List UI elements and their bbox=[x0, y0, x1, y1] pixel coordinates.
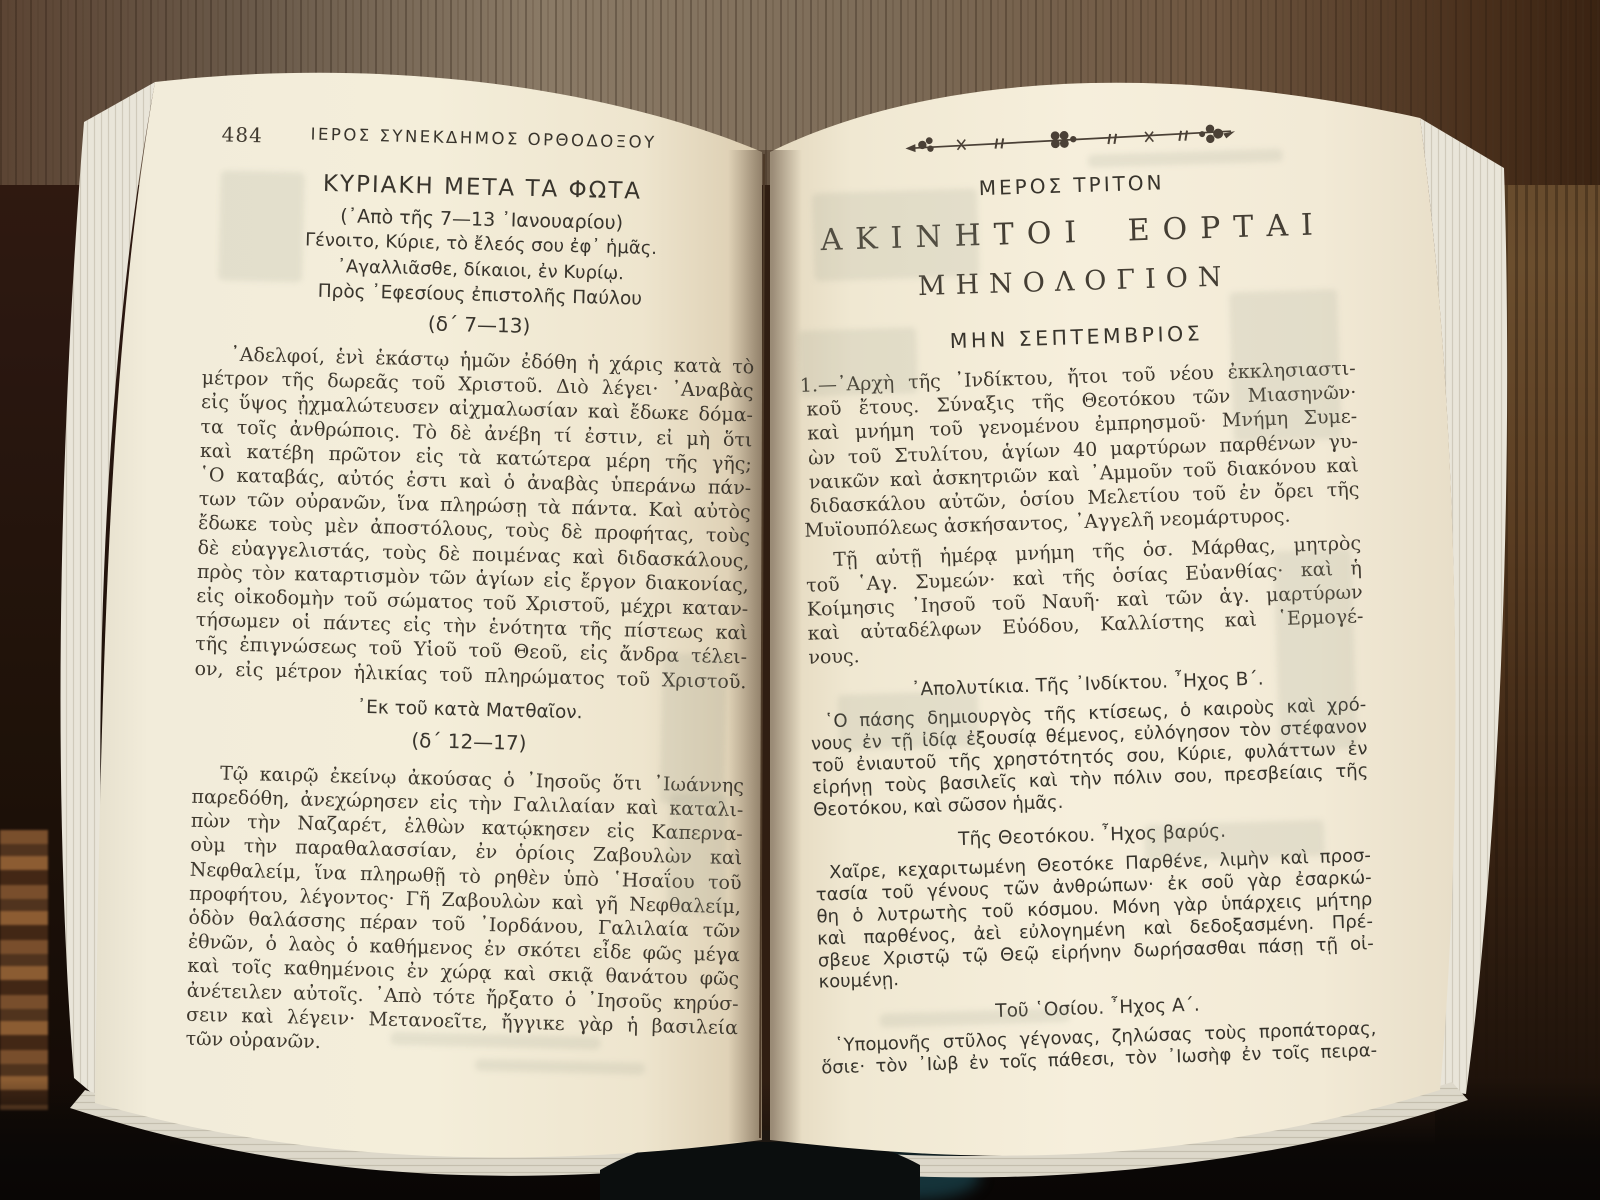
same-day-commemorations: Τῇ αὐτῇ ἡμέρᾳ μνήμη τῆς ὁσ. Μάρθας, μητρ… bbox=[805, 532, 1365, 670]
photo-of-open-book: 484 ΙΕΡΟΣ ΣΥΝΕΚΔΗΜΟΣ ΟΡΘΟΔΟΞΟΥ ΚΥΡΙΑΚΗ Μ… bbox=[0, 0, 1600, 1200]
main-title-menologion: ΜΗΝΟΛΟΓΙΟΝ bbox=[796, 257, 1353, 305]
part-title: ΜΕΡΟΣ ΤΡΙΤΟΝ bbox=[793, 165, 1349, 206]
september-1-entry: 1.—᾽Αρχὴ τῆς ᾽Ινδίκτου, ἤτοι τοῦ νέου ἐκ… bbox=[799, 356, 1360, 543]
main-title-immovable-feasts: ΑΚΙΝΗΤΟΙ ΕΟΡΤΑΙ bbox=[795, 206, 1352, 258]
page-number: 484 bbox=[221, 122, 263, 147]
gospel-text: Τῷ καιρῷ ἐκείνῳ ἀκούσας ὁ ᾽Ιησοῦς ὅτι ᾽Ι… bbox=[185, 761, 744, 1065]
epistle-text: ᾽Αδελφοί, ἑνὶ ἑκάστῳ ἡμῶν ἐδόθη ἡ χάρις … bbox=[194, 342, 754, 694]
left-page-content: 484 ΙΕΡΟΣ ΣΥΝΕΚΔΗΜΟΣ ΟΡΘΟΔΟΞΟΥ ΚΥΡΙΑΚΗ Μ… bbox=[185, 122, 760, 1064]
sunday-heading: ΚΥΡΙΑΚΗ ΜΕΤΑ ΤΑ ΦΩΤΑ bbox=[206, 168, 758, 207]
theotokion-text: Χαῖρε, κεχαριτωμένη Θεοτόκε Παρθένε, λιμ… bbox=[815, 846, 1375, 994]
right-page-content: ΜΕΡΟΣ ΤΡΙΤΟΝ ΑΚΙΝΗΤΟΙ ΕΟΡΤΑΙ ΜΗΝΟΛΟΓΙΟΝ … bbox=[792, 119, 1377, 1080]
apolytikion-indiction-text: ῾Ο πάσης δημιουργὸς τῆς κτίσεως, ὁ καιρο… bbox=[810, 695, 1369, 821]
month-heading: ΜΗΝ ΣΕΠΤΕΜΒΡΙΟΣ bbox=[798, 316, 1354, 357]
